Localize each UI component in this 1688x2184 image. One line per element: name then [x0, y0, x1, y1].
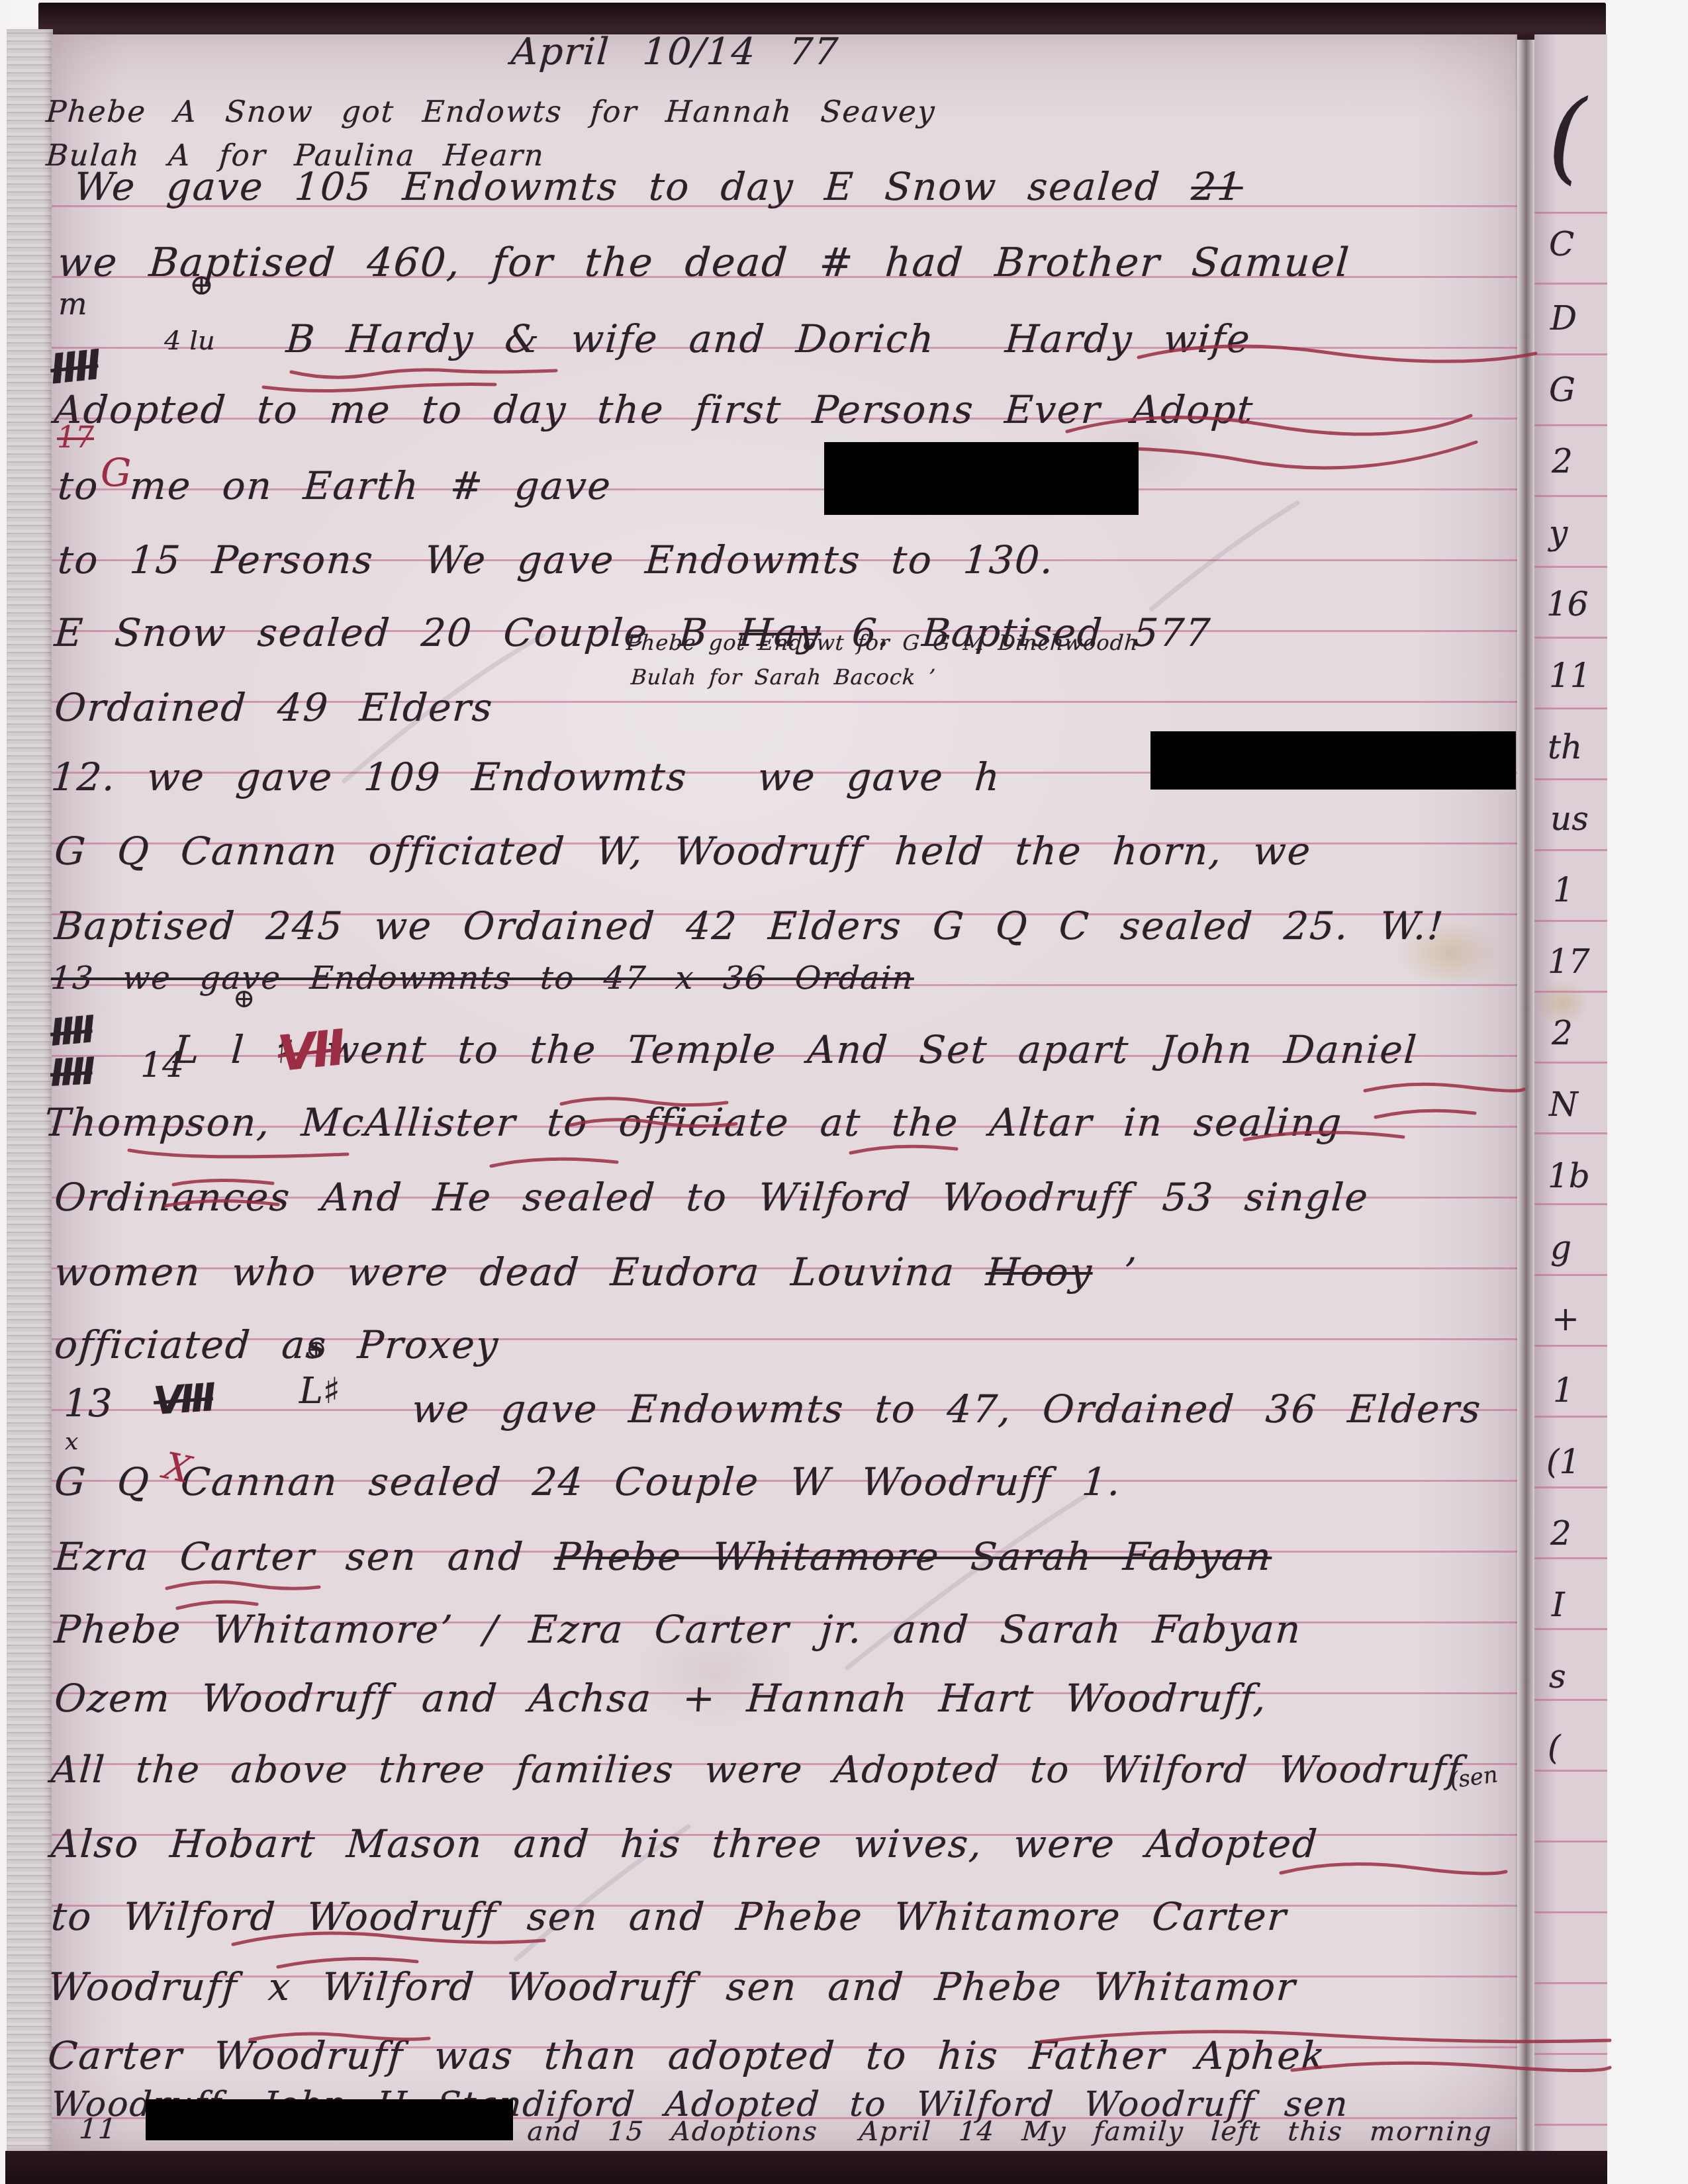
page-fragment: +	[1552, 1300, 1579, 1338]
journal-line: G Q Cannan sealed 24 Couple W Woodruff 1…	[53, 1459, 1123, 1504]
tally-mark: VIII	[152, 1375, 214, 1424]
date-heading: April 10/14 77	[510, 30, 841, 73]
circle-mark: ⊕	[306, 1334, 327, 1363]
squiggle-mark: m	[58, 286, 87, 322]
journal-line: 12. we gave 109 Endowmts we gave h	[50, 754, 1002, 799]
margin-note: 4 lu	[164, 326, 215, 356]
page-edge-stack	[7, 29, 53, 2151]
journal-line: to Wilford Woodruff sen and Phebe Whitam…	[50, 1894, 1289, 1939]
redaction-bar	[146, 2099, 513, 2140]
page-fragment: g	[1550, 1228, 1571, 1267]
margin-number: 13	[64, 1381, 113, 1426]
margin-note: x	[65, 1428, 78, 1455]
journal-line: Thompson, McAllister to officiate at the…	[43, 1100, 1344, 1145]
circle-mark: ⊕	[189, 268, 214, 302]
journal-line: B Hardy & wife and Dorich Hardy wife	[285, 316, 1252, 361]
journal-line: we Baptised 460, for the dead # had Brot…	[56, 240, 1352, 286]
page-fragment: 17	[1548, 942, 1590, 981]
journal-line: Ordained 49 Elders	[53, 685, 495, 730]
book-cover-bottom	[5, 2151, 1607, 2184]
page-fragment: 16	[1546, 585, 1589, 623]
tally-mark: IIII	[48, 340, 101, 393]
gutter-shadow	[1515, 34, 1534, 2151]
journal-line: All the above three families were Adopte…	[50, 1749, 1464, 1792]
page-fragment: s	[1549, 1657, 1566, 1696]
page-fragment: y	[1549, 514, 1568, 552]
scan-margin-right	[1607, 0, 1688, 2184]
journal-line: Ezra Carter sen and Phebe Whitamore Sara…	[53, 1534, 1274, 1579]
page-fragment: 1	[1553, 1371, 1574, 1410]
header-note: Phebe A Snow got Endowts for Hannah Seav…	[45, 94, 937, 129]
journal-line: women who were dead Eudora Louvina Hooy …	[53, 1250, 1139, 1295]
page-fragment: (	[1548, 79, 1587, 195]
journal-line: to 15 Persons We gave Endowmts to 130.	[56, 537, 1056, 582]
page-fragment: D	[1550, 299, 1577, 338]
margin-number: 11	[78, 2113, 118, 2145]
red-annotation: G	[101, 450, 131, 495]
journal-line: Baptised 245 we Ordained 42 Elders G Q C…	[53, 903, 1446, 948]
page-fragment: I	[1552, 1586, 1565, 1624]
circle-mark: ⊕	[233, 983, 256, 1014]
red-annotation: 17	[57, 421, 94, 455]
scan-margin-left	[0, 0, 7, 2184]
journal-line: Adopted to me to day the first Persons E…	[53, 387, 1255, 432]
page-fragment: (1	[1546, 1443, 1580, 1481]
tally-mark: IIII	[49, 1050, 93, 1095]
journal-scan: April 10/14 77 Phebe A Snow got Endowts …	[0, 0, 1688, 2184]
page-fragment: 2	[1550, 1514, 1571, 1553]
margin-number: 14	[140, 1046, 184, 1085]
journal-line: Ozem Woodruff and Achsa + Hannah Hart Wo…	[53, 1676, 1269, 1721]
page-fragment: us	[1550, 799, 1589, 838]
page-fragment: 1	[1553, 871, 1574, 909]
journal-line: Carter Woodruff was than adopted to his …	[46, 2033, 1327, 2078]
journal-line: we gave Endowmts to 47, Ordained 36 Elde…	[410, 1387, 1483, 1432]
interlinear-note: Bulah for Sarah Bacock ’	[630, 664, 937, 690]
journal-line: G Q Cannan officiated W, Woodruff held t…	[53, 829, 1313, 874]
page-fragment: N	[1549, 1085, 1578, 1124]
redaction-bar	[824, 442, 1139, 515]
journal-line: Woodruff x Wilford Woodruff sen and Pheb…	[46, 1964, 1297, 2009]
page-fragment: th	[1548, 728, 1582, 766]
journal-line: L l ♯ went to the Temple And Set apart J…	[172, 1027, 1419, 1072]
page-fragment: C	[1549, 225, 1574, 263]
page-fragment: G	[1549, 371, 1575, 409]
interlinear-note: Phebe got Endowt for G G M Dinchwoodh	[626, 630, 1139, 655]
journal-line: Also Hobart Mason and his three wives, w…	[50, 1821, 1320, 1866]
journal-line-struck: 13 we gave Endowmnts to 47 x 36 Ordain	[50, 960, 915, 997]
page-fragment: 2	[1552, 442, 1573, 480]
page-fragment: 1b	[1548, 1157, 1590, 1195]
tally-mark: IIII	[48, 1008, 94, 1054]
journal-line: officiated as Proxey	[53, 1322, 500, 1367]
journal-line: Ordinances And He sealed to Wilford Wood…	[53, 1175, 1370, 1220]
redaction-bar	[1150, 731, 1516, 790]
page-fragment: 2	[1552, 1014, 1573, 1052]
page-fragment: (	[1548, 1729, 1561, 1767]
red-tally-mark: VII	[275, 1019, 346, 1083]
journal-line: We gave 105 Endowmts to day E Snow seale…	[73, 164, 1244, 209]
symbol-mark: L♯	[299, 1370, 340, 1412]
journal-line: Phebe Whitamore’ / Ezra Carter jr. and S…	[53, 1607, 1303, 1652]
journal-line: to me on Earth # gave	[56, 463, 613, 508]
page-fragment: 11	[1549, 657, 1591, 695]
journal-line: and 15 Adoptions April 14 My family left…	[526, 2116, 1493, 2147]
